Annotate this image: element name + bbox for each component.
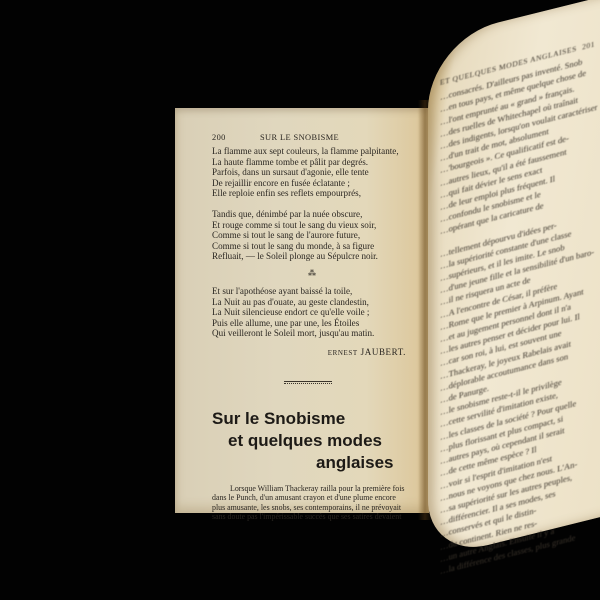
poem-line: Elle reploie enfin ses reflets empourpré… (212, 188, 412, 199)
poem-line: Et sur l'apothéose ayant baissé la toile… (212, 286, 412, 297)
poem-stanza: Et sur l'apothéose ayant baissé la toile… (212, 286, 412, 339)
author-first-name: Ernest (328, 349, 358, 357)
poem-stanza: Tandis que, dénimbé par la nuée obscure,… (212, 209, 412, 262)
poem-line: La Nuit au pas d'ouate, au geste clandes… (212, 297, 412, 308)
right-page-lines: …consacrés. D'ailleurs pas inventé. Snob… (440, 49, 600, 577)
poem-stanza: La flamme aux sept couleurs, la flamme p… (212, 146, 412, 199)
page-number: 200 (212, 133, 260, 145)
running-head-title: Sur le Snobisme (260, 133, 412, 145)
running-head: 200 Sur le Snobisme (212, 133, 412, 145)
right-page-paper: et quelques modes anglaises 201 …consacr… (428, 0, 600, 560)
article-title-line: et quelques modes (212, 430, 412, 452)
article-title: Sur le Snobisme et quelques modes anglai… (212, 408, 412, 474)
author-last-name: JAUBERT. (361, 347, 406, 357)
left-page-content: 200 Sur le Snobisme La flamme aux sept c… (212, 133, 412, 522)
poem-line: De rejaillir encore en fusée éclatante ; (212, 178, 412, 189)
right-page-content: et quelques modes anglaises 201 …consacr… (440, 35, 600, 578)
left-book-page: 200 Sur le Snobisme La flamme aux sept c… (175, 108, 429, 513)
poem-line: Refluait, — le Soleil plonge au Sépulcre… (212, 251, 412, 262)
poem-line: Comme si tout le sang de l'aurore future… (212, 230, 412, 241)
body-line: dans le Punch, d'un amusant crayon et d'… (212, 493, 412, 503)
body-line: Lorsque William Thackeray railla pour la… (212, 484, 412, 494)
right-page-number: 201 (582, 38, 595, 53)
poem: La flamme aux sept couleurs, la flamme p… (212, 146, 412, 359)
article-title-line: Sur le Snobisme (212, 408, 412, 430)
right-book-page: et quelques modes anglaises 201 …consacr… (420, 0, 600, 600)
article-body: Lorsque William Thackeray railla pour la… (212, 484, 412, 522)
poem-line: Tandis que, dénimbé par la nuée obscure, (212, 209, 412, 220)
poem-author: Ernest JAUBERT. (212, 347, 412, 359)
poem-line: Qui veilleront le Soleil mort, jusqu'au … (212, 328, 412, 339)
section-divider-rule (284, 381, 332, 384)
asterism-ornament: ⁂ (212, 270, 412, 278)
body-line: sans doute pas l'impérissable succès que… (212, 512, 412, 522)
body-line: plus amusante, les snobs, ses contempora… (212, 503, 412, 513)
poem-line: La flamme aux sept couleurs, la flamme p… (212, 146, 412, 157)
poem-line: Comme si tout le sang du monde, à sa fig… (212, 241, 412, 252)
poem-line: Parfois, dans un sursaut d'agonie, elle … (212, 167, 412, 178)
poem-line: La haute flamme tombe et pâlit par degré… (212, 157, 412, 168)
article-title-line: anglaises (212, 452, 412, 474)
photo-scene: 200 Sur le Snobisme La flamme aux sept c… (0, 0, 600, 600)
poem-line: La Nuit silencieuse endort ce qu'elle vo… (212, 307, 412, 318)
poem-line: Puis elle allume, une par une, les Étoil… (212, 318, 412, 329)
poem-line: Et rouge comme si tout le sang du vieux … (212, 220, 412, 231)
